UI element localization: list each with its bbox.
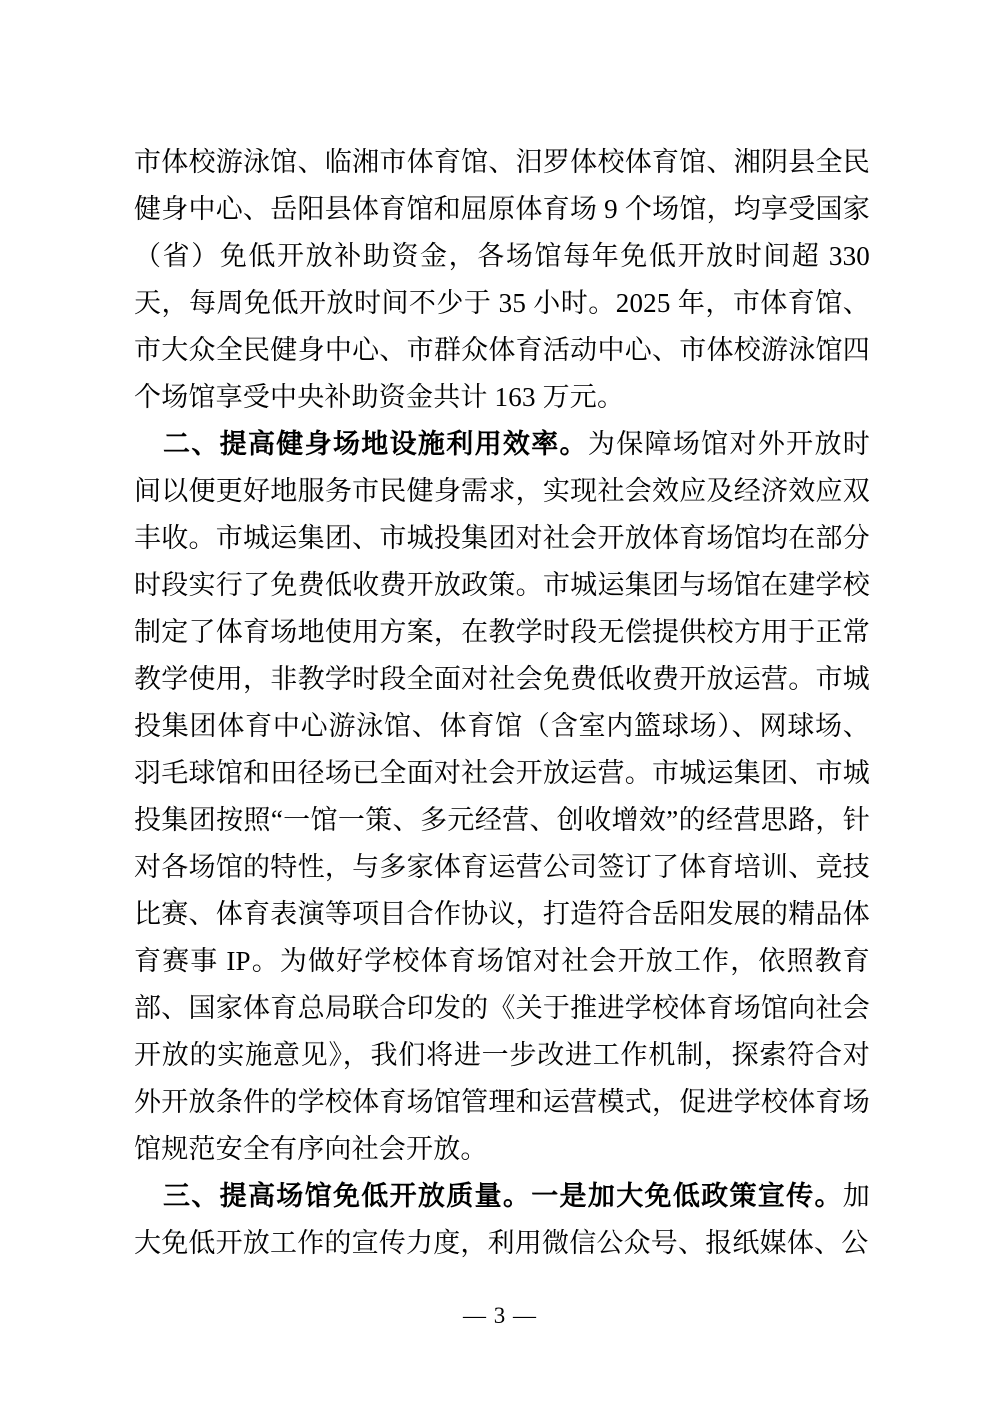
paragraph: 二、提高健身场地设施利用效率。为保障场馆对外开放时间以便更好地服务市民健身需求，… [134, 421, 870, 1173]
page-number: — 3 — [0, 1303, 1000, 1329]
body-text-run: 为保障场馆对外开放时间以便更好地服务市民健身需求，实现社会效应及经济效应双丰收。… [134, 429, 870, 1164]
paragraph: 市体校游泳馆、临湘市体育馆、汨罗体校体育馆、湘阴县全民健身中心、岳阳县体育馆和屈… [134, 139, 870, 421]
heading-run: 三、提高场馆免低开放质量。一是加大免低政策宣传。 [163, 1181, 843, 1211]
paragraph: 三、提高场馆免低开放质量。一是加大免低政策宣传。加大免低开放工作的宣传力度，利用… [134, 1173, 870, 1267]
document-page: 市体校游泳馆、临湘市体育馆、汨罗体校体育馆、湘阴县全民健身中心、岳阳县体育馆和屈… [0, 0, 1000, 1414]
heading-run: 二、提高健身场地设施利用效率。 [163, 429, 588, 459]
document-body: 市体校游泳馆、临湘市体育馆、汨罗体校体育馆、湘阴县全民健身中心、岳阳县体育馆和屈… [134, 139, 870, 1267]
body-text-run: 市体校游泳馆、临湘市体育馆、汨罗体校体育馆、湘阴县全民健身中心、岳阳县体育馆和屈… [134, 147, 870, 412]
